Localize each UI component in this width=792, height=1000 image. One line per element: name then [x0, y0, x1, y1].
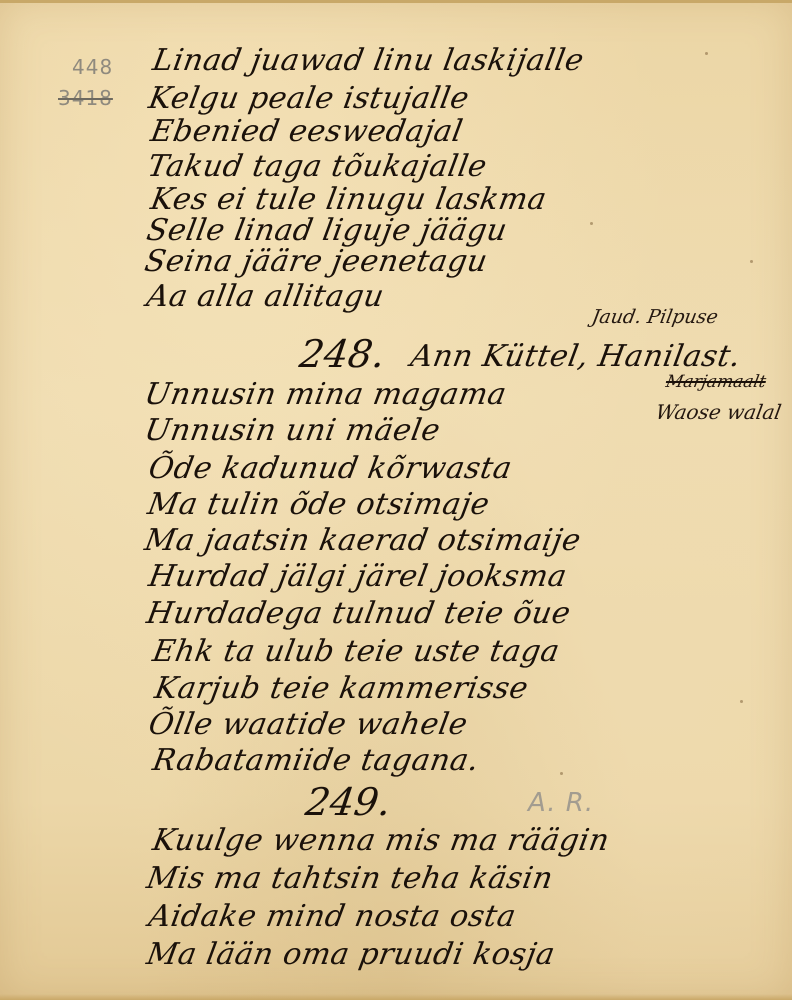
- verse-line: Ma jaatsin kaerad otsimaije: [142, 524, 583, 558]
- paper-speck: [590, 222, 593, 225]
- singer-name: Ann Küttel, Hanilast.: [408, 340, 743, 374]
- paper-speck: [705, 52, 708, 55]
- verse-line: Kes ei tule linugu laskma: [148, 183, 549, 217]
- manuscript-page: 448 3418 Linad juawad linu laskijalle Ke…: [0, 0, 792, 1000]
- song-number: 249.: [303, 780, 394, 824]
- verse-line: Õde kadunud kõrwasta: [146, 452, 515, 486]
- verse-line: Rabatamiide tagana.: [150, 744, 482, 778]
- page-number: 448: [72, 55, 113, 79]
- verse-line: Takud taga tõukajalle: [145, 150, 490, 184]
- song-number: 248.: [297, 332, 388, 376]
- verse-line: Õlle waatide wahele: [146, 708, 470, 742]
- verse-line: Karjub teie kammerisse: [152, 672, 531, 706]
- verse-line: Aa alla allitagu: [144, 280, 387, 314]
- verse-line: Aidake mind nosta osta: [146, 900, 519, 934]
- verse-line: Ebenied eeswedajal: [148, 115, 465, 149]
- verse-line: Kelgu peale istujalle: [146, 82, 472, 116]
- pencil-initials: A. R.: [528, 788, 594, 818]
- page-top-edge: [0, 0, 792, 3]
- verse-line: Seina jääre jeenetagu: [142, 245, 490, 279]
- verse-line: Kuulge wenna mis ma räägin: [150, 824, 612, 858]
- note-above: Jaud. Pilpuse: [590, 306, 720, 328]
- verse-line: Selle linad liguje jäägu: [144, 214, 510, 248]
- verse-line: Ma tulin õde otsimaje: [145, 488, 492, 522]
- verse-line: Ma lään oma pruudi kosja: [144, 938, 558, 972]
- page-bottom-edge: [0, 994, 792, 1000]
- paper-speck: [750, 260, 753, 263]
- note-struck: Marjamaalt: [664, 372, 767, 392]
- paper-speck: [560, 772, 563, 775]
- verse-line: Ehk ta ulub teie uste taga: [150, 635, 562, 669]
- verse-line: Hurdad jälgi järel jooksma: [146, 560, 570, 594]
- verse-line: Mis ma tahtsin teha käsin: [144, 862, 556, 896]
- verse-line: Unnusin mina magama: [142, 378, 509, 412]
- verse-line: Linad juawad linu laskijalle: [150, 44, 586, 78]
- paper-speck: [740, 700, 743, 703]
- old-page-number-struck: 3418: [58, 86, 113, 110]
- note-below: Waose walal: [654, 400, 783, 424]
- verse-line: Unnusin uni mäele: [142, 414, 443, 448]
- verse-line: Hurdadega tulnud teie õue: [144, 597, 573, 631]
